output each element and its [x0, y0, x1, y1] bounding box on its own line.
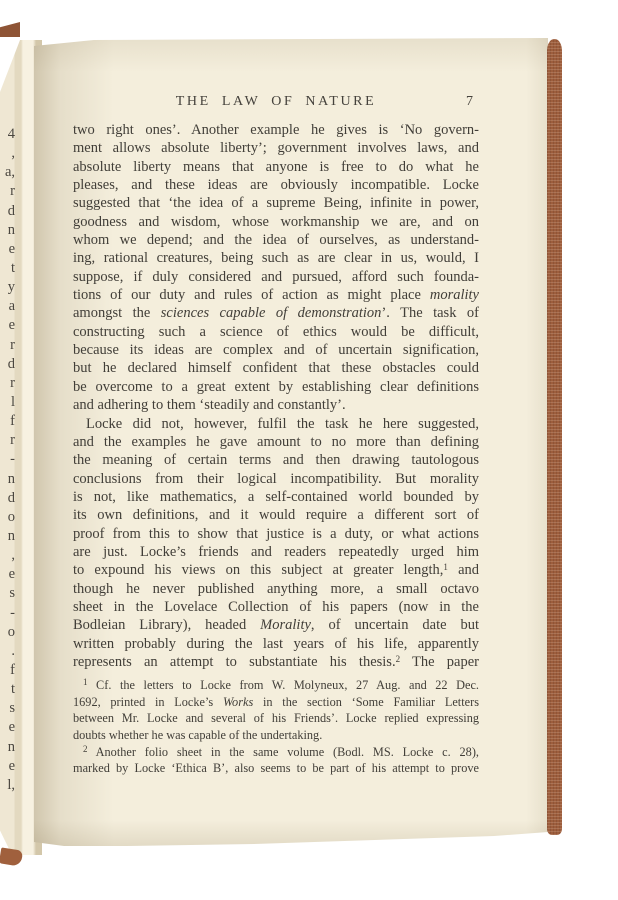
- text-line: 2 Another folio sheet in the same volume…: [73, 744, 479, 761]
- text-line: goodness and wisdom, whose workmanship w…: [73, 213, 479, 231]
- text-line: constructing such a science of ethics wo…: [73, 323, 479, 341]
- text-line: proof from this to show that justice is …: [73, 525, 479, 543]
- book-photo: 4,a,rdnetyaerdrlfr-ndon,es-o.ftsenel, TH…: [0, 0, 618, 900]
- facing-page-fragment: n: [0, 527, 15, 546]
- text-line: sheet in the Lovelace Collection of his …: [73, 598, 479, 616]
- facing-page-fragment: o: [0, 508, 15, 527]
- facing-page-fragment: e: [0, 240, 15, 259]
- facing-page-fragment: e: [0, 565, 15, 584]
- page-text-block: THE LAW OF NATURE 7 two right ones’. Ano…: [73, 94, 479, 777]
- facing-page-fragment: d: [0, 355, 15, 374]
- text-line: are just. Locke’s friends and readers re…: [73, 543, 479, 561]
- facing-page-fragment: f: [0, 412, 15, 431]
- facing-page-fragment: -: [0, 604, 15, 623]
- text-line: pleases, and these ideas are obviously i…: [73, 176, 479, 194]
- text-line: suggested that ‘the idea of a supreme Be…: [73, 194, 479, 212]
- facing-page-fragment: -: [0, 450, 15, 469]
- facing-page-fragment: e: [0, 316, 15, 335]
- text-line: represents an attempt to substantiate hi…: [73, 653, 479, 671]
- text-line: because its ideas are complex and of unc…: [73, 341, 479, 359]
- text-line: be overcome to a great extent by establi…: [73, 378, 479, 396]
- text-line: suppose, if duly considered and pursued,…: [73, 268, 479, 286]
- text-line: whom we depend; and the idea of ourselve…: [73, 231, 479, 249]
- text-line: though he never published anything more,…: [73, 580, 479, 598]
- text-line: conclusions from their logical incompati…: [73, 470, 479, 488]
- book-page: THE LAW OF NATURE 7 two right ones’. Ano…: [34, 38, 548, 846]
- text-line: but he declared himself confident that t…: [73, 359, 479, 377]
- facing-page-fragment: n: [0, 221, 15, 240]
- running-head: THE LAW OF NATURE 7: [73, 94, 479, 112]
- cover-edge-right: [547, 39, 562, 835]
- facing-page-fragment: .: [0, 642, 15, 661]
- facing-page-fragment: a: [0, 297, 15, 316]
- text-line: is not, like mathematics, a self-contain…: [73, 488, 479, 506]
- facing-page-fragment: n: [0, 738, 15, 757]
- facing-page-fragment: r: [0, 182, 15, 201]
- text-line: written probably during the last years o…: [73, 635, 479, 653]
- facing-page-fragment: l,: [0, 776, 15, 795]
- text-line: between Mr. Locke and several of his Fri…: [73, 710, 479, 727]
- cover-edge-bottom-left: [0, 847, 23, 866]
- text-line: doubts whether he was capable of the und…: [73, 727, 479, 744]
- facing-page-fragment: d: [0, 202, 15, 221]
- page-number: 7: [466, 94, 473, 110]
- facing-page-fragment: l: [0, 393, 15, 412]
- text-line: the meaning of certain terms and then dr…: [73, 451, 479, 469]
- facing-page-fragment: d: [0, 489, 15, 508]
- facing-page-fragment: o: [0, 623, 15, 642]
- facing-page-fragment: r: [0, 431, 15, 450]
- facing-page-fragment: e: [0, 718, 15, 737]
- facing-page-fragment: e: [0, 757, 15, 776]
- text-line: amongst the sciences capable of demonstr…: [73, 304, 479, 322]
- facing-page-fragment: s: [0, 699, 15, 718]
- text-line: 1692, printed in Locke’s Works in the se…: [73, 694, 479, 711]
- facing-page-fragment: y: [0, 278, 15, 297]
- facing-page-fragment: ,: [0, 546, 15, 565]
- facing-page-fragment: t: [0, 259, 15, 278]
- facing-page-text-fragments: 4,a,rdnetyaerdrlfr-ndon,es-o.ftsenel,: [0, 125, 15, 795]
- facing-page-fragment: t: [0, 680, 15, 699]
- facing-page-fragment: n: [0, 470, 15, 489]
- facing-page-fragment: f: [0, 661, 15, 680]
- facing-page-fragment: r: [0, 336, 15, 355]
- text-line: tions of our duty and rules of action as…: [73, 286, 479, 304]
- text-line: and adhering to them ‘steadily and const…: [73, 396, 479, 414]
- text-line: marked by Locke ‘Ethica B’, also seems t…: [73, 760, 479, 777]
- facing-page-fragment: 4: [0, 125, 15, 144]
- body-text: two right ones’. Another example he give…: [73, 121, 479, 671]
- text-line: ing, rational creatures, being such as a…: [73, 249, 479, 267]
- page-title: THE LAW OF NATURE: [176, 94, 377, 109]
- text-line: Bodleian Library), headed Morality, of u…: [73, 616, 479, 634]
- facing-page-fragment: ,: [0, 144, 15, 163]
- text-line: its own definitions, and it would requir…: [73, 506, 479, 524]
- text-line: absolute liberty means that anyone is fr…: [73, 158, 479, 176]
- facing-page-fragment: a,: [0, 163, 15, 182]
- text-line: to expound his views on this subject at …: [73, 561, 479, 579]
- facing-page-fragment: s: [0, 584, 15, 603]
- text-line: two right ones’. Another example he give…: [73, 121, 479, 139]
- text-line: and the examples he gave amount to no mo…: [73, 433, 479, 451]
- text-line: Locke did not, however, fulfil the task …: [73, 415, 479, 433]
- footnotes: 1 Cf. the letters to Locke from W. Molyn…: [73, 677, 479, 776]
- text-line: 1 Cf. the letters to Locke from W. Molyn…: [73, 677, 479, 694]
- text-line: ment allows absolute liberty’; governmen…: [73, 139, 479, 157]
- facing-page-fragment: r: [0, 374, 15, 393]
- cover-edge-top-left: [0, 22, 20, 37]
